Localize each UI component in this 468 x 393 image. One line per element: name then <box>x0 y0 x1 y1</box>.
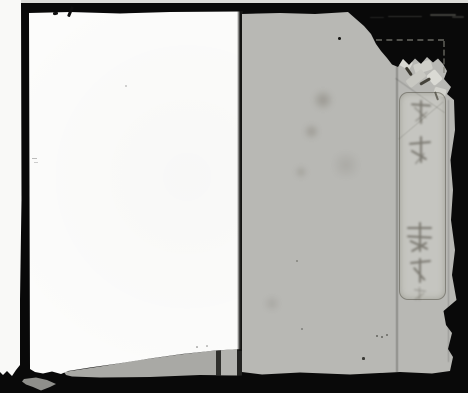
stain <box>262 296 282 311</box>
speck <box>338 37 341 40</box>
stain <box>312 89 334 111</box>
scan-edge-top <box>0 0 468 3</box>
scan-edge-left <box>0 0 22 378</box>
label-brush-mark <box>412 286 429 302</box>
speck <box>376 335 378 337</box>
speck <box>296 260 298 262</box>
speck <box>206 345 208 347</box>
dust-streak <box>370 17 384 18</box>
crease-line <box>448 100 449 362</box>
label-brush-mark <box>408 98 434 128</box>
speck <box>301 328 303 330</box>
label-brush-mark <box>407 134 434 166</box>
speck <box>34 162 38 163</box>
scanned-book-spread <box>0 0 468 393</box>
label-brush-mark <box>407 256 434 286</box>
fold-highlight <box>221 349 237 378</box>
torn-paper-facet <box>395 55 413 70</box>
speck <box>362 357 365 360</box>
missing-corner-outline-vertical <box>443 41 445 73</box>
speck <box>125 85 127 87</box>
speck <box>386 334 388 336</box>
dust-streak <box>388 16 422 18</box>
dust-streak <box>452 16 464 18</box>
missing-corner-outline-horizontal <box>376 39 444 41</box>
stain <box>330 152 362 178</box>
stain <box>303 123 320 140</box>
speck <box>196 346 198 348</box>
crease-line <box>396 66 398 374</box>
stain <box>294 165 308 179</box>
label-brush-mark <box>405 220 435 254</box>
ink-mark <box>53 11 58 15</box>
speck <box>381 336 383 338</box>
speck <box>32 158 37 159</box>
